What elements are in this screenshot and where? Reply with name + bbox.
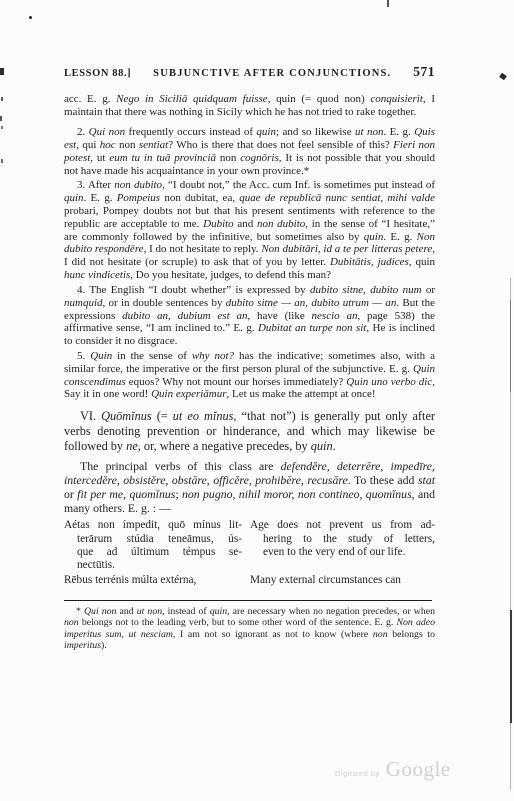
lesson-label: LESSON 88.]	[64, 68, 131, 79]
page-content: LESSON 88.] SUBJUNCTIVE AFTER CONJUNCTIO…	[64, 64, 435, 652]
google-logo: Google	[386, 757, 451, 782]
example-line: even to the very end of our life.	[250, 546, 435, 559]
scan-speck	[1, 97, 3, 101]
latin-column: Aétas non ímpedit, quō mínus lit-terārum…	[64, 519, 242, 572]
scan-speck	[1, 126, 3, 129]
remark-5: 5. Quin in the sense of why not? has the…	[64, 350, 435, 402]
example-line: Rēbus terrénis múlta extérna,	[64, 574, 242, 587]
example-line: nectūtis.	[64, 559, 242, 572]
scan-speck	[387, 0, 389, 7]
examples-table: Aétas non ímpedit, quō mínus lit-terārum…	[64, 519, 435, 586]
example-line: Age does not prevent us from ad-	[250, 519, 435, 532]
remark-2: 2. Qui non frequently occurs instead of …	[64, 126, 435, 178]
paragraph-continuation: acc. E. g. Nego in Siciliā quidquam fuis…	[64, 93, 435, 119]
example-line: Many external circumstances can	[250, 574, 435, 587]
page-edge-line	[510, 610, 512, 723]
example-row: Rēbus terrénis múlta extérna, Many exter…	[64, 574, 435, 587]
remark-4: 4. The English “I doubt whether” is expr…	[64, 284, 435, 349]
page-edge-line	[510, 300, 511, 392]
example-line: hering to the study of letters,	[250, 533, 435, 546]
remark-3: 3. After non dubito, “I doubt not,” the …	[64, 179, 435, 282]
footnote: * Qui non and ut non, instead of quin, a…	[64, 606, 435, 652]
google-watermark: Digitized by Google	[335, 757, 451, 782]
running-title: SUBJUNCTIVE AFTER CONJUNCTIONS.	[153, 68, 391, 79]
digitized-by-label: Digitized by	[335, 769, 380, 778]
english-column: Age does not prevent us from ad-hering t…	[250, 519, 435, 572]
principal-verbs-paragraph: The principal verbs of this class are de…	[64, 460, 435, 515]
scan-speck	[29, 16, 32, 19]
scan-speck	[499, 73, 507, 81]
scan-speck	[0, 116, 2, 121]
scan-speck	[1, 159, 3, 163]
example-line: terārum stúdia teneāmus, ús-	[64, 533, 242, 546]
example-row: Aétas non ímpedit, quō mínus lit-terārum…	[64, 519, 435, 572]
example-line: que ad últimum témpus se-	[64, 546, 242, 559]
english-column: Many external circumstances can	[250, 574, 435, 587]
scanned-book-page: LESSON 88.] SUBJUNCTIVE AFTER CONJUNCTIO…	[0, 0, 514, 801]
running-head: LESSON 88.] SUBJUNCTIVE AFTER CONJUNCTIO…	[64, 64, 435, 80]
example-line: Aétas non ímpedit, quō mínus lit-	[64, 519, 242, 532]
scan-speck	[0, 68, 4, 75]
latin-column: Rēbus terrénis múlta extérna,	[64, 574, 242, 587]
footnote-rule	[64, 600, 432, 601]
rule-vi: VI. Quōmĭnus (= ut eo mĭnus, “that not”)…	[64, 409, 435, 453]
page-number: 571	[413, 64, 435, 80]
